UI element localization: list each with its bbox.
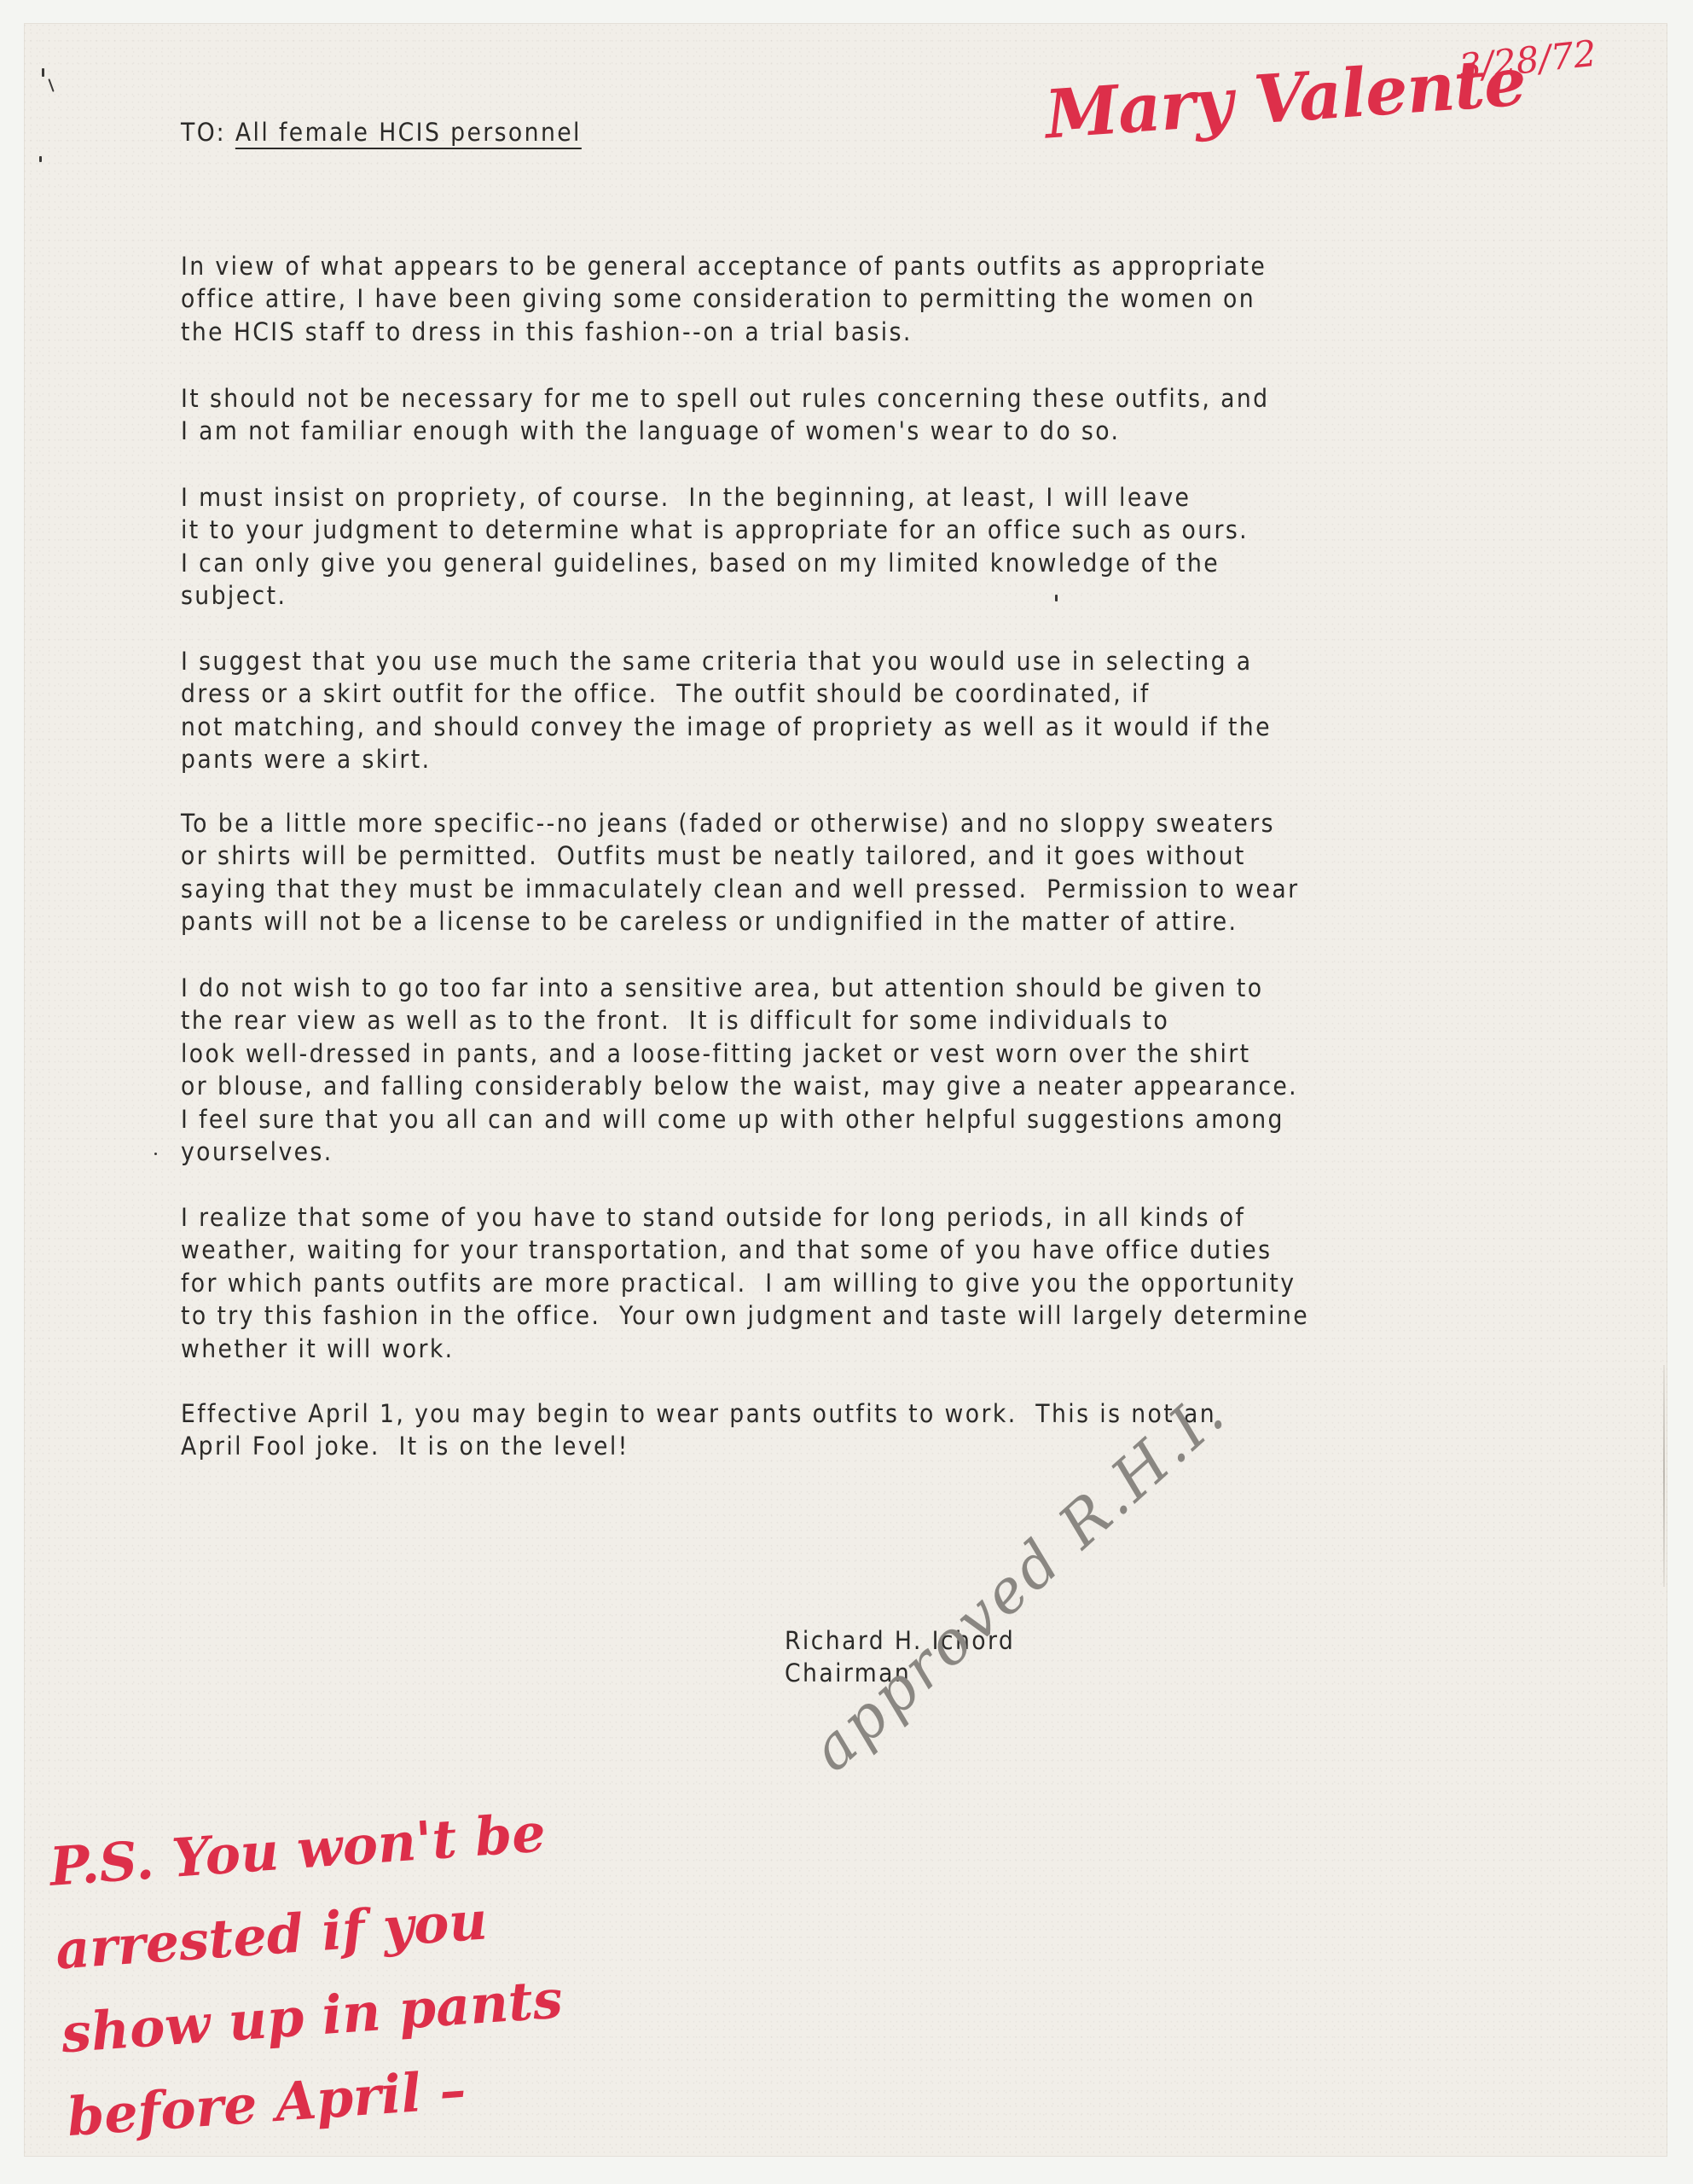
paper-edge-shadow: [1663, 1365, 1665, 1587]
text-line: subject.: [181, 579, 1249, 612]
text-line: for which pants outfits are more practic…: [181, 1267, 1309, 1299]
text-line: I am not familiar enough with the langua…: [181, 415, 1270, 447]
text-line: April Fool joke. It is on the level!: [181, 1430, 1216, 1462]
text-line: the HCIS staff to dress in this fashion-…: [181, 316, 1267, 348]
stray-mark: [154, 1153, 157, 1155]
handwritten-postscript: P.S. You won't bearrested if youshow up …: [47, 1791, 571, 2159]
text-line: look well-dressed in pants, and a loose-…: [181, 1037, 1298, 1070]
text-line: to try this fashion in the office. Your …: [181, 1299, 1309, 1332]
text-line: I suggest that you use much the same cri…: [181, 645, 1272, 677]
text-line: I can only give you general guidelines, …: [181, 547, 1249, 579]
text-line: pants were a skirt.: [181, 743, 1272, 775]
text-line: I realize that some of you have to stand…: [181, 1201, 1309, 1234]
text-line: Effective April 1, you may begin to wear…: [181, 1397, 1216, 1430]
paragraph-2: It should not be necessary for me to spe…: [181, 382, 1270, 448]
text-line: yourselves.: [181, 1136, 1298, 1168]
memo-to-line: TO: All female HCIS personnel: [181, 116, 582, 148]
text-line: I must insist on propriety, of course. I…: [181, 481, 1249, 514]
text-line: It should not be necessary for me to spe…: [181, 382, 1270, 415]
paragraph-4: I suggest that you use much the same cri…: [181, 645, 1272, 776]
text-line: To be a little more specific--no jeans (…: [181, 807, 1299, 839]
paragraph-3: I must insist on propriety, of course. I…: [181, 481, 1249, 613]
text-line: I feel sure that you all can and will co…: [181, 1103, 1298, 1136]
text-line: whether it will work.: [181, 1333, 1309, 1365]
paragraph-5: To be a little more specific--no jeans (…: [181, 807, 1299, 938]
text-line: dress or a skirt outfit for the office. …: [181, 677, 1272, 710]
text-line: the rear view as well as to the front. I…: [181, 1004, 1298, 1037]
paragraph-6: I do not wish to go too far into a sensi…: [181, 972, 1298, 1168]
paragraph-8: Effective April 1, you may begin to wear…: [181, 1397, 1216, 1463]
paragraph-7: I realize that some of you have to stand…: [181, 1201, 1309, 1365]
text-line: pants will not be a license to be carele…: [181, 905, 1299, 938]
to-recipient: All female HCIS personnel: [235, 118, 582, 147]
text-line: or shirts will be permitted. Outfits mus…: [181, 839, 1299, 872]
stray-mark: [42, 68, 44, 77]
text-line: or blouse, and falling considerably belo…: [181, 1070, 1298, 1102]
text-line: it to your judgment to determine what is…: [181, 514, 1249, 546]
to-label: TO:: [181, 118, 226, 147]
stray-mark: [39, 156, 42, 162]
text-line: saying that they must be immaculately cl…: [181, 873, 1299, 905]
text-line: office attire, I have been giving some c…: [181, 282, 1267, 315]
text-line: In view of what appears to be general ac…: [181, 250, 1267, 282]
text-line: weather, waiting for your transportation…: [181, 1234, 1309, 1266]
paragraph-1: In view of what appears to be general ac…: [181, 250, 1267, 348]
text-line: not matching, and should convey the imag…: [181, 711, 1272, 743]
text-line: I do not wish to go too far into a sensi…: [181, 972, 1298, 1004]
